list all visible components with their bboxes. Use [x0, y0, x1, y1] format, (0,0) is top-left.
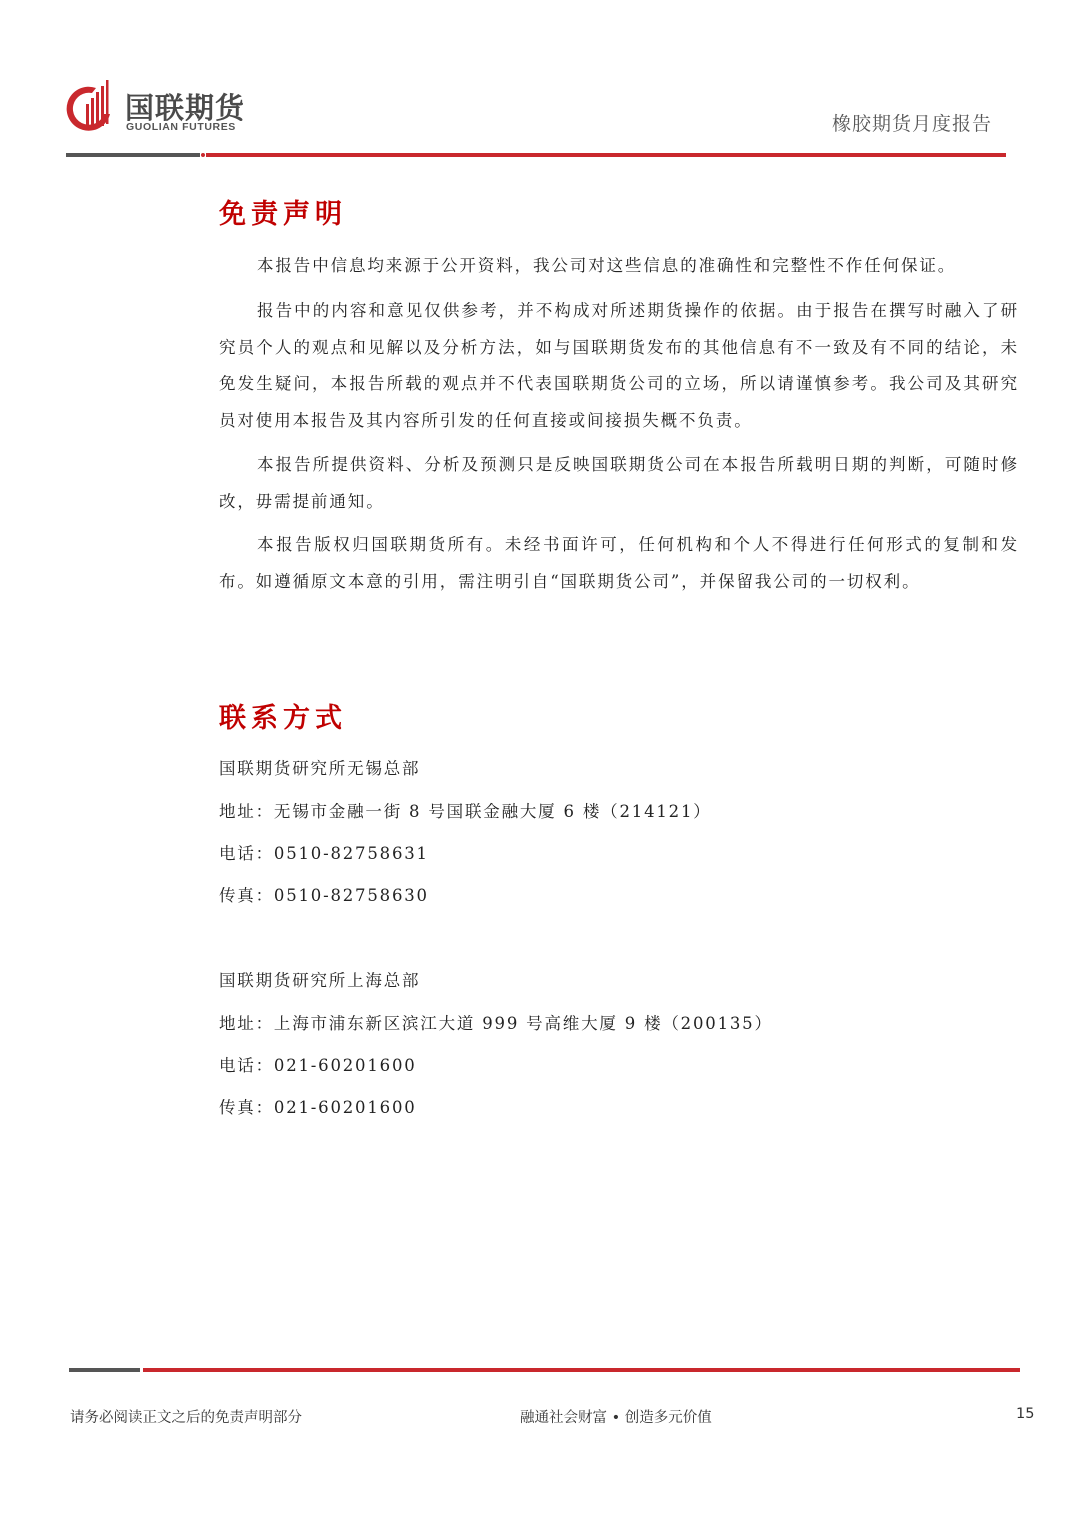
- footer-rule-red: [143, 1368, 1020, 1372]
- contact-title: 联系方式: [219, 696, 347, 735]
- page-number: 15: [1016, 1406, 1034, 1422]
- disclaimer-paragraph-2: 报告中的内容和意见仅供参考，并不构成对所述期货操作的依据。由于报告在撰写时融入了…: [219, 293, 1019, 439]
- header-rule-dot: [201, 153, 205, 157]
- guolian-logo-icon: [66, 80, 114, 132]
- disclaimer-paragraph-3: 本报告所提供资料、分析及预测只是反映国联期货公司在本报告所载明日期的判断，可随时…: [219, 447, 1019, 520]
- office-phone: 电话：021-60201600: [219, 1056, 417, 1076]
- footer-slogan: 融通社会财富 • 创造多元价值: [520, 1406, 712, 1427]
- header-rule-gray: [66, 153, 200, 157]
- office-name: 国联期货研究所无锡总部: [219, 759, 420, 779]
- office-fax: 传真：0510-82758630: [219, 886, 429, 906]
- office-address: 地址：无锡市金融一街 8 号国联金融大厦 6 楼（214121）: [219, 802, 712, 822]
- disclaimer-title: 免责声明: [219, 192, 347, 231]
- office-phone: 电话：0510-82758631: [219, 844, 429, 864]
- disclaimer-paragraph-4: 本报告版权归国联期货所有。未经书面许可，任何机构和个人不得进行任何形式的复制和发…: [219, 527, 1019, 600]
- footer-disclaimer-note: 请务必阅读正文之后的免责声明部分: [70, 1406, 302, 1427]
- logo-name-en: GUOLIAN FUTURES: [126, 121, 236, 133]
- disclaimer-paragraph-1: 本报告中信息均来源于公开资料，我公司对这些信息的准确性和完整性不作任何保证。: [219, 248, 1019, 285]
- office-address: 地址：上海市浦东新区滨江大道 999 号高维大厦 9 楼（200135）: [219, 1014, 773, 1034]
- office-fax: 传真：021-60201600: [219, 1098, 417, 1118]
- office-name: 国联期货研究所上海总部: [219, 971, 420, 991]
- footer-rule-gray: [69, 1368, 140, 1372]
- header-rule-red: [206, 153, 1006, 157]
- report-title: 橡胶期货月度报告: [832, 109, 992, 136]
